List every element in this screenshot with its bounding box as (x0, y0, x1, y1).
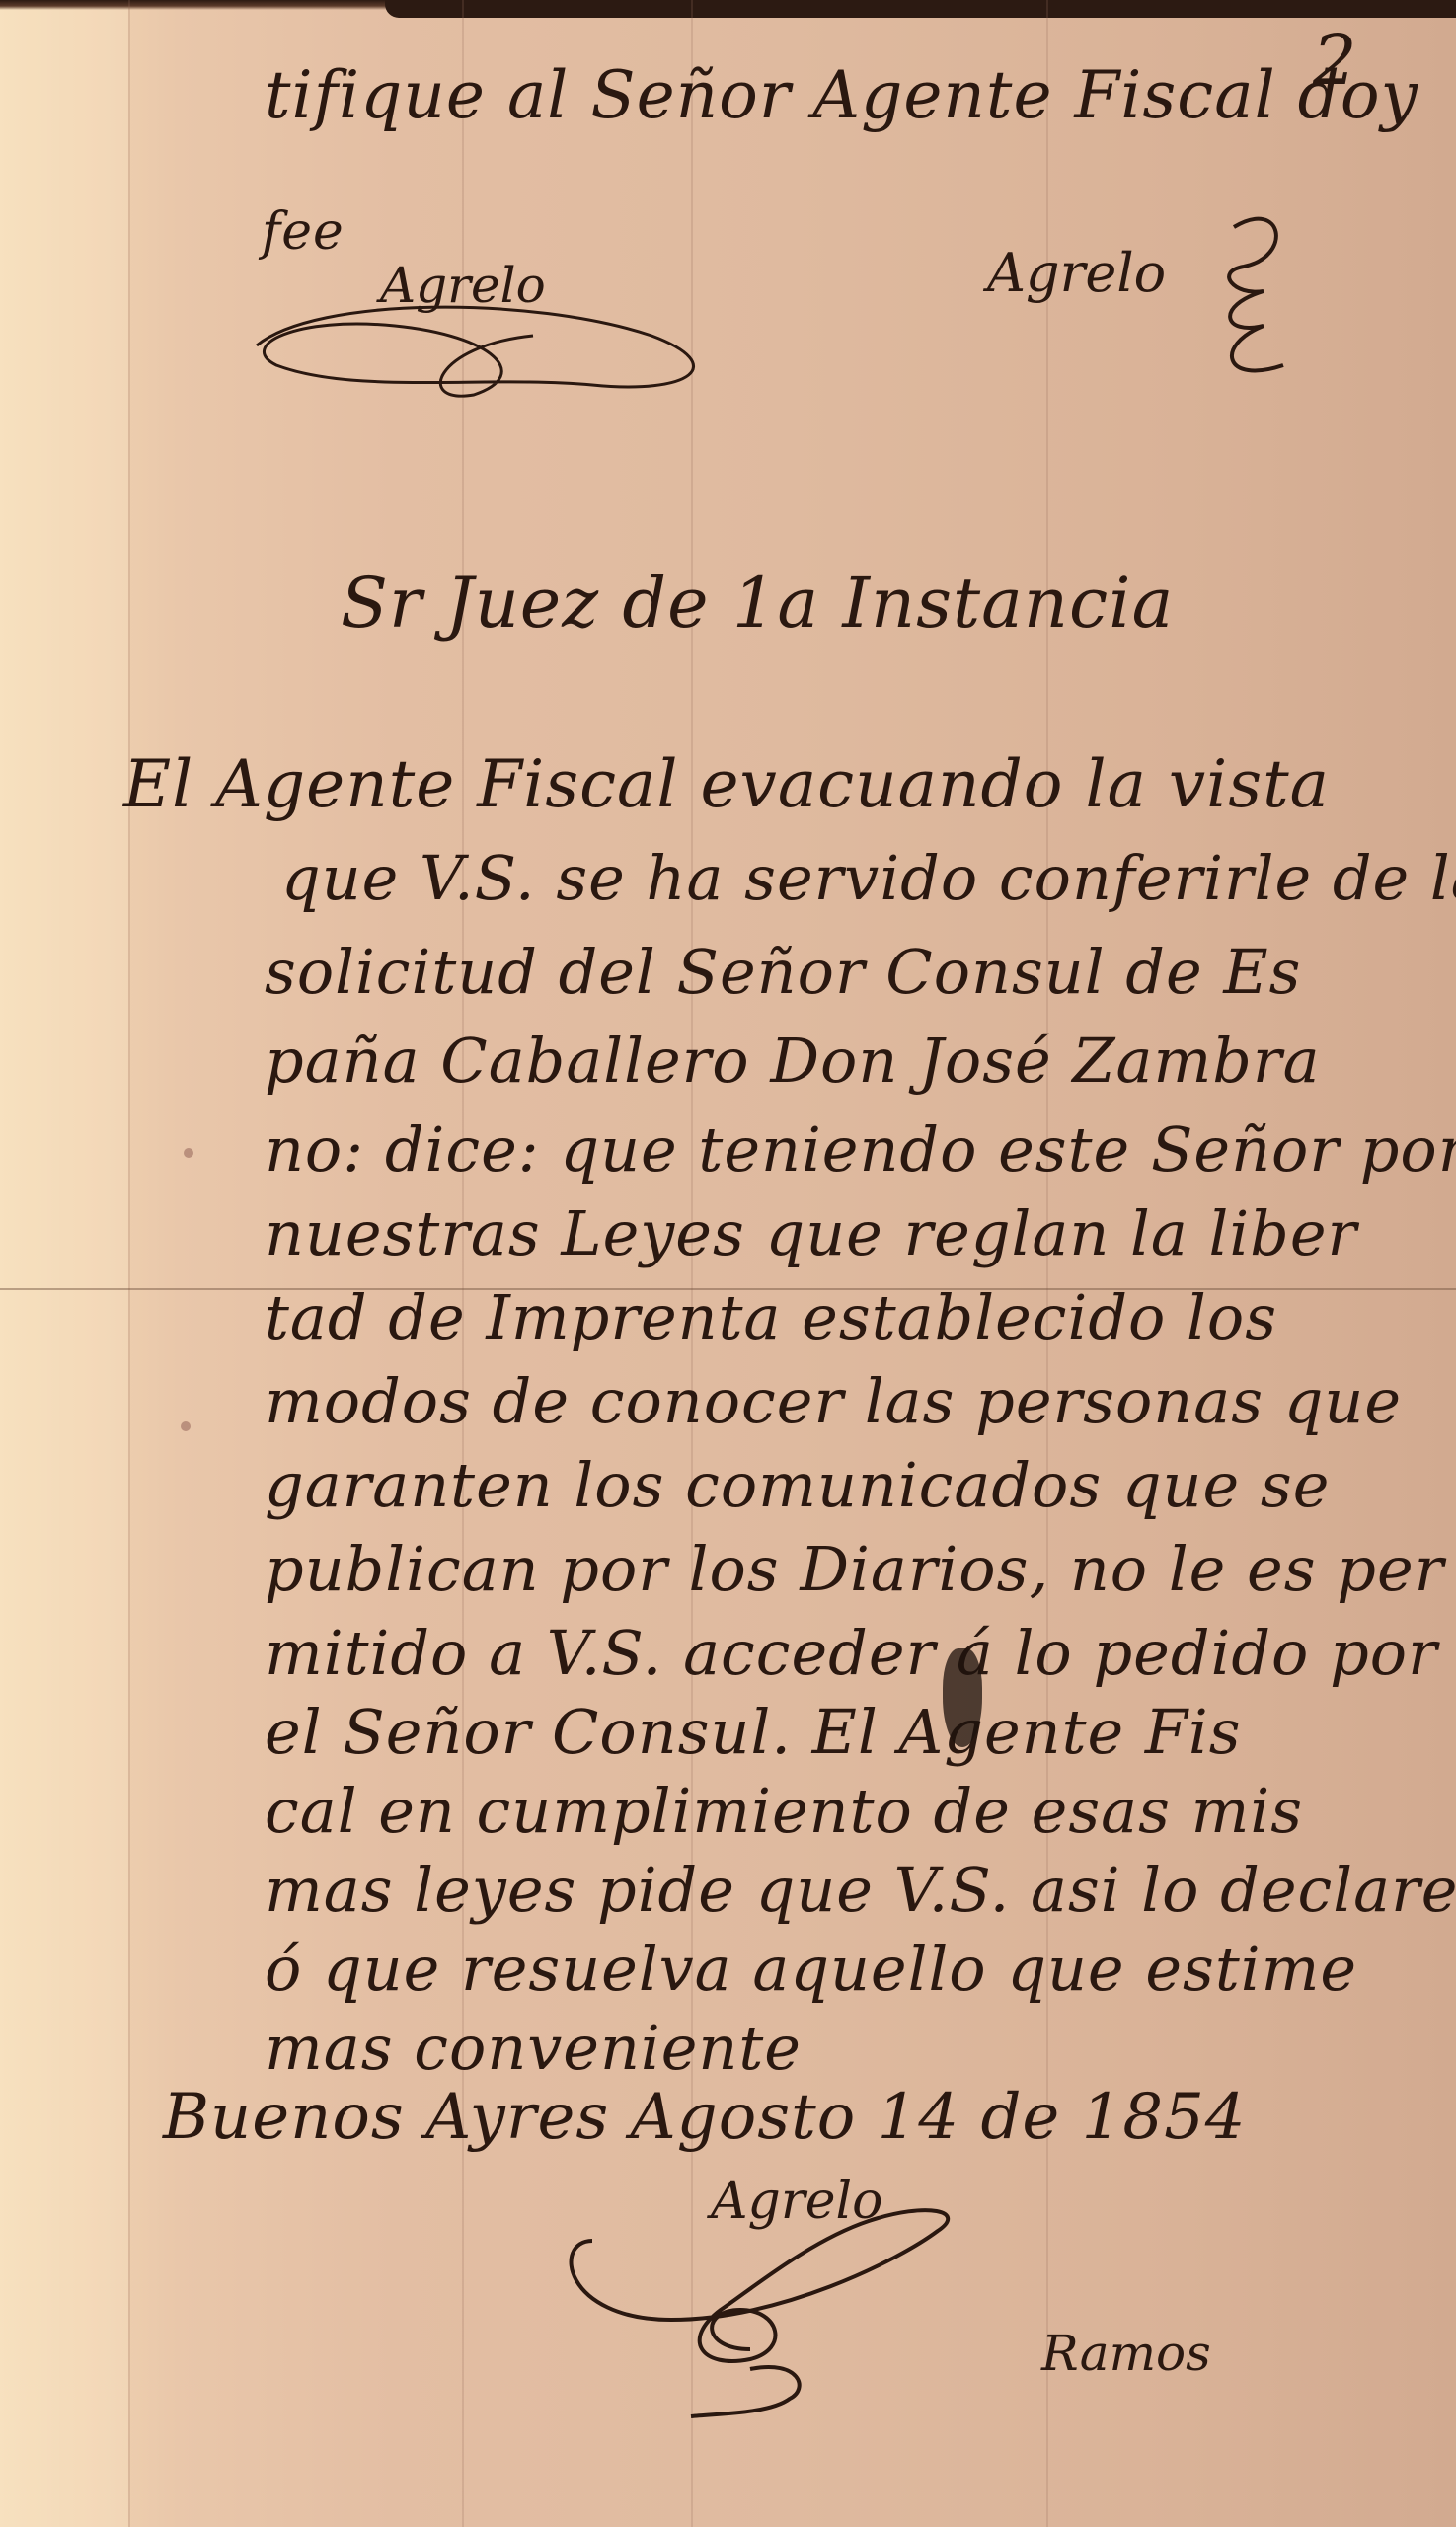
page-top-shadow (385, 0, 1456, 18)
paper-edge-highlight (0, 0, 128, 2527)
paper-spot (181, 1421, 191, 1431)
continuation-line-2: fee (262, 197, 345, 267)
body-line: no: dice: que teniendo este Señor por (265, 1115, 1456, 1185)
body-line: solicitud del Señor Consul de Es (265, 938, 1301, 1007)
paper-spot (184, 1148, 193, 1158)
body-line: cal en cumplimiento de esas mis (265, 1777, 1303, 1846)
body-line: El Agente Fiscal evacuando la vista (123, 750, 1330, 819)
addressee-heading: Sr Juez de 1a Instancia (341, 563, 1174, 644)
body-line: que V.S. se ha servido conferirle de la (281, 844, 1456, 913)
body-line: ó que resuelva aquello que estime (265, 1935, 1357, 2004)
top-right-signature: Agrelo (987, 242, 1166, 304)
body-line: tad de Imprenta establecido los (265, 1283, 1277, 1352)
secondary-signature: Ramos (1041, 2325, 1211, 2382)
body-line: mitido a V.S. acceder á lo pedido por (265, 1619, 1438, 1688)
body-line: el Señor Consul. El Agente Fis (265, 1698, 1242, 1767)
body-line: garanten los comunicados que se (265, 1451, 1330, 1520)
page-top-edge (0, 0, 1456, 10)
closing-signature-flourish (553, 2201, 987, 2428)
rubric-flourish (1175, 197, 1313, 395)
body-line: mas conveniente (265, 2014, 802, 2083)
body-line: nuestras Leyes que reglan la liber (265, 1199, 1357, 1268)
ink-blot (943, 1648, 982, 1747)
body-line: publican por los Diarios, no le es per (265, 1535, 1444, 1604)
continuation-line-1: tifique al Señor Agente Fiscal doy (265, 61, 1418, 130)
body-line: paña Caballero Don José Zambra (265, 1027, 1321, 1096)
vertical-fold-line (128, 0, 130, 2527)
body-line: modos de conocer las personas que (265, 1367, 1402, 1436)
signature-flourish (237, 286, 750, 405)
dateline: Buenos Ayres Agosto 14 de 1854 (163, 2083, 1247, 2152)
manuscript-page: 2 tifique al Señor Agente Fiscal doy fee… (0, 0, 1456, 2527)
body-line: mas leyes pide que V.S. asi lo declare (265, 1856, 1456, 1925)
